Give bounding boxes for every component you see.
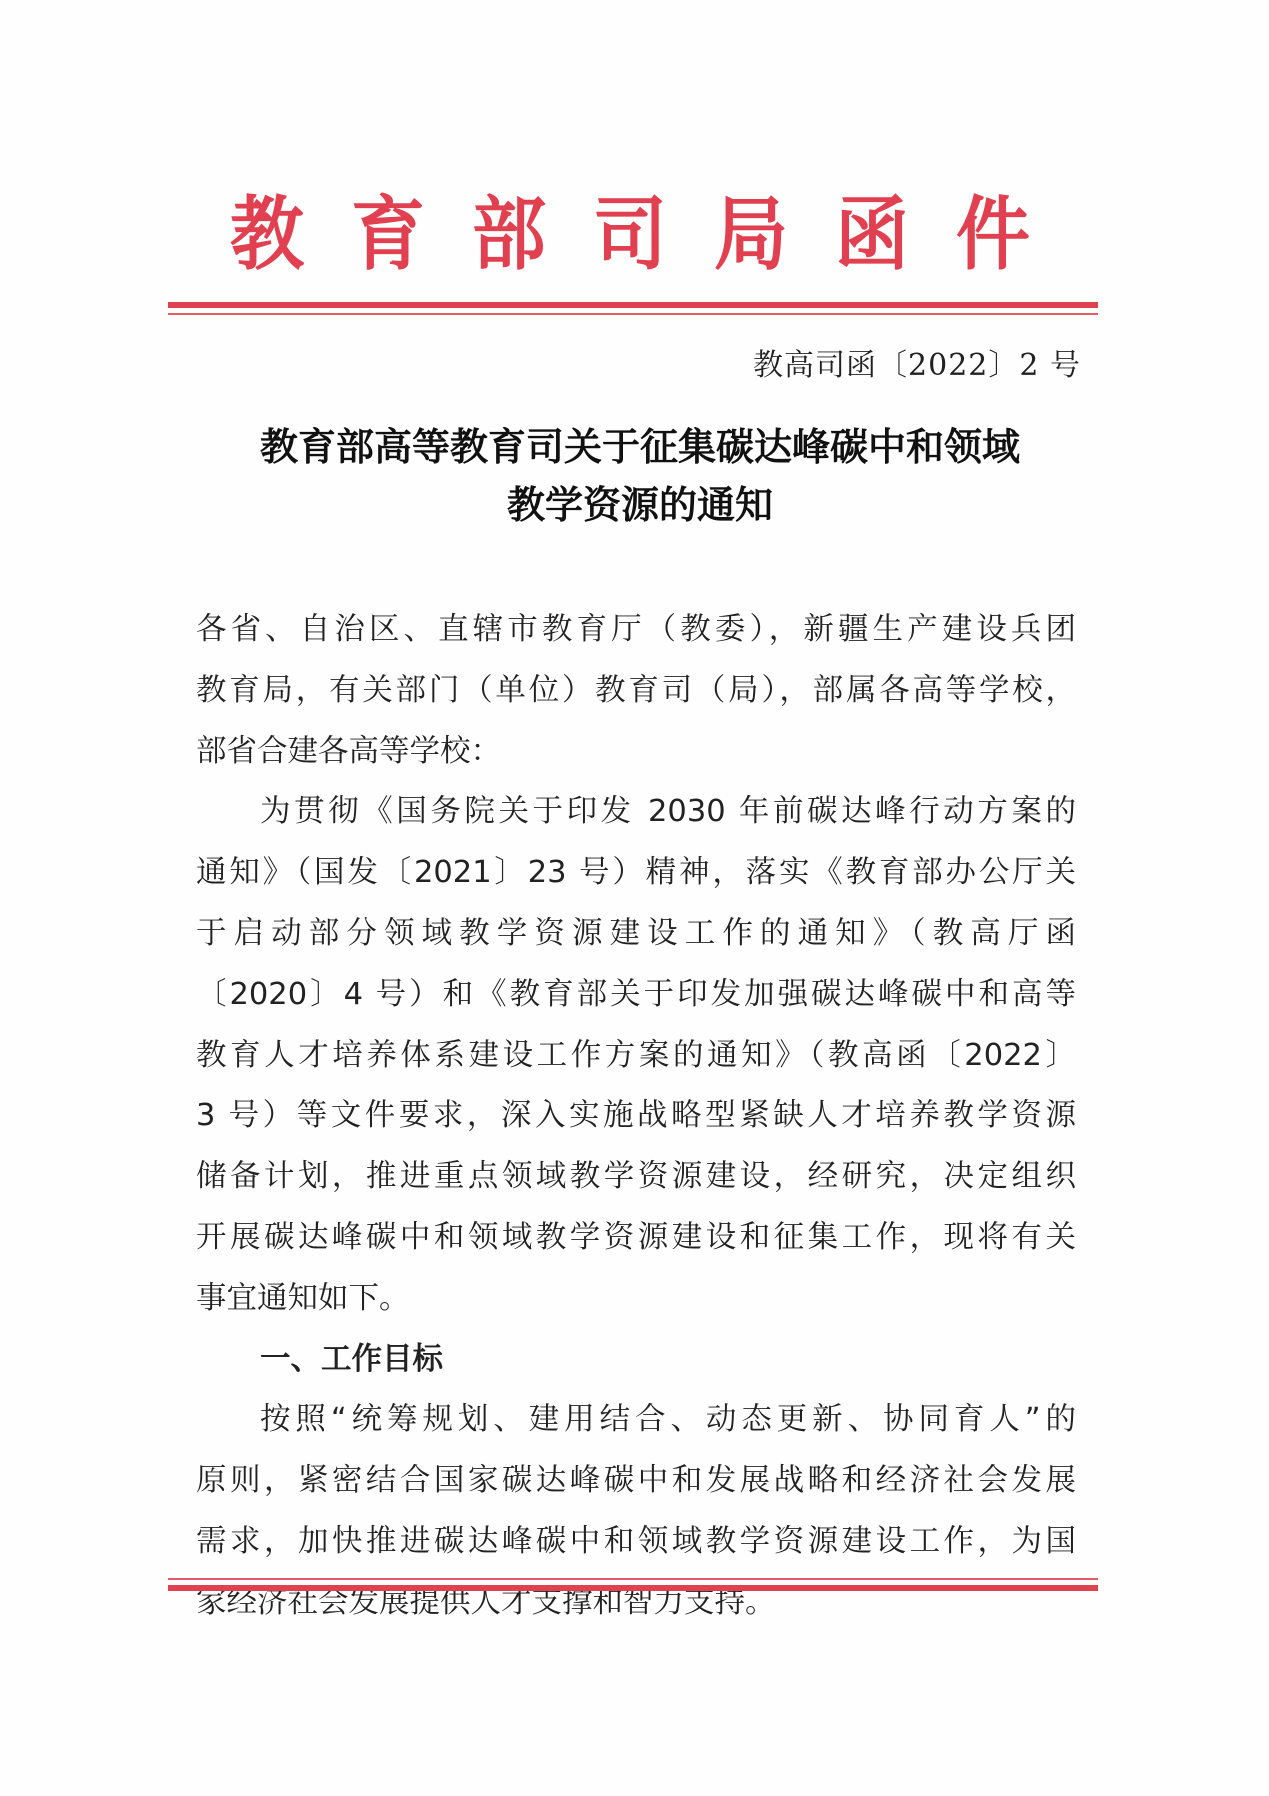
section-heading-work-goals: 一、工作目标 xyxy=(196,1330,1076,1391)
paragraph-line: 原则，紧密结合国家碳达峰碳中和发展战略和经济社会发展 xyxy=(196,1451,1076,1512)
document-title: 教育部高等教育司关于征集碳达峰碳中和领域 教学资源的通知 xyxy=(190,418,1090,534)
paragraph-line: 开展碳达峰碳中和领域教学资源建设和征集工作，现将有关 xyxy=(196,1208,1076,1269)
masthead-char: 司 xyxy=(593,195,667,275)
paragraph-line: 事宜通知如下。 xyxy=(196,1269,1076,1330)
title-line-2: 教学资源的通知 xyxy=(190,476,1090,534)
masthead-char: 件 xyxy=(956,195,1030,275)
addressee: 各省、自治区、直辖市教育厅（教委），新疆生产建设兵团 教育局，有关部门（单位）教… xyxy=(196,600,1076,782)
paragraph-line: 于启动部分领域教学资源建设工作的通知》（教高厅函 xyxy=(196,904,1076,965)
header-rule-thick xyxy=(168,302,1098,308)
header-rule-thin xyxy=(168,313,1098,315)
paragraph-line: 3 号）等文件要求，深入实施战略型紧缺人才培养教学资源 xyxy=(196,1086,1076,1147)
document-page: 教 育 部 司 局 函 件 教高司函〔2022〕2 号 教育部高等教育司关于征集… xyxy=(0,0,1269,1796)
footer-rule-thin xyxy=(168,1578,1098,1580)
title-line-1: 教育部高等教育司关于征集碳达峰碳中和领域 xyxy=(190,418,1090,476)
masthead-char: 育 xyxy=(351,195,425,275)
paragraph-line: 储备计划，推进重点领域教学资源建设，经研究，决定组织 xyxy=(196,1147,1076,1208)
paragraph-intro: 为贯彻《国务院关于印发 2030 年前碳达峰行动方案的 通知》（国发〔2021〕… xyxy=(196,782,1076,1329)
paragraph-line: 教育人才培养体系建设工作方案的通知》（教高函〔2022〕 xyxy=(196,1026,1076,1087)
addressee-line: 教育局，有关部门（单位）教育司（局），部属各高等学校， xyxy=(196,661,1076,722)
paragraph-line: 〔2020〕4 号）和《教育部关于印发加强碳达峰碳中和高等 xyxy=(196,965,1076,1026)
masthead-char: 教 xyxy=(230,195,304,275)
document-body: 各省、自治区、直辖市教育厅（教委），新疆生产建设兵团 教育局，有关部门（单位）教… xyxy=(196,600,1076,1634)
masthead-red-header: 教 育 部 司 局 函 件 xyxy=(160,180,1100,290)
masthead-char: 函 xyxy=(835,195,909,275)
paragraph-line: 按照“统筹规划、建用结合、动态更新、协同育人”的 xyxy=(196,1390,1076,1451)
document-number: 教高司函〔2022〕2 号 xyxy=(753,340,1081,384)
paragraph-line: 家经济社会发展提供人才支撑和智力支持。 xyxy=(196,1573,1076,1634)
addressee-line: 部省合建各高等学校： xyxy=(196,722,1076,783)
addressee-line: 各省、自治区、直辖市教育厅（教委），新疆生产建设兵团 xyxy=(196,600,1076,661)
paragraph-line: 为贯彻《国务院关于印发 2030 年前碳达峰行动方案的 xyxy=(196,782,1076,843)
paragraph-work-goals: 按照“统筹规划、建用结合、动态更新、协同育人”的 原则，紧密结合国家碳达峰碳中和… xyxy=(196,1390,1076,1633)
paragraph-line: 需求，加快推进碳达峰碳中和领域教学资源建设工作，为国 xyxy=(196,1512,1076,1573)
footer-rule-thick xyxy=(168,1585,1098,1591)
masthead-char: 部 xyxy=(472,195,546,275)
paragraph-line: 通知》（国发〔2021〕23 号）精神，落实《教育部办公厅关 xyxy=(196,843,1076,904)
masthead-char: 局 xyxy=(714,195,788,275)
